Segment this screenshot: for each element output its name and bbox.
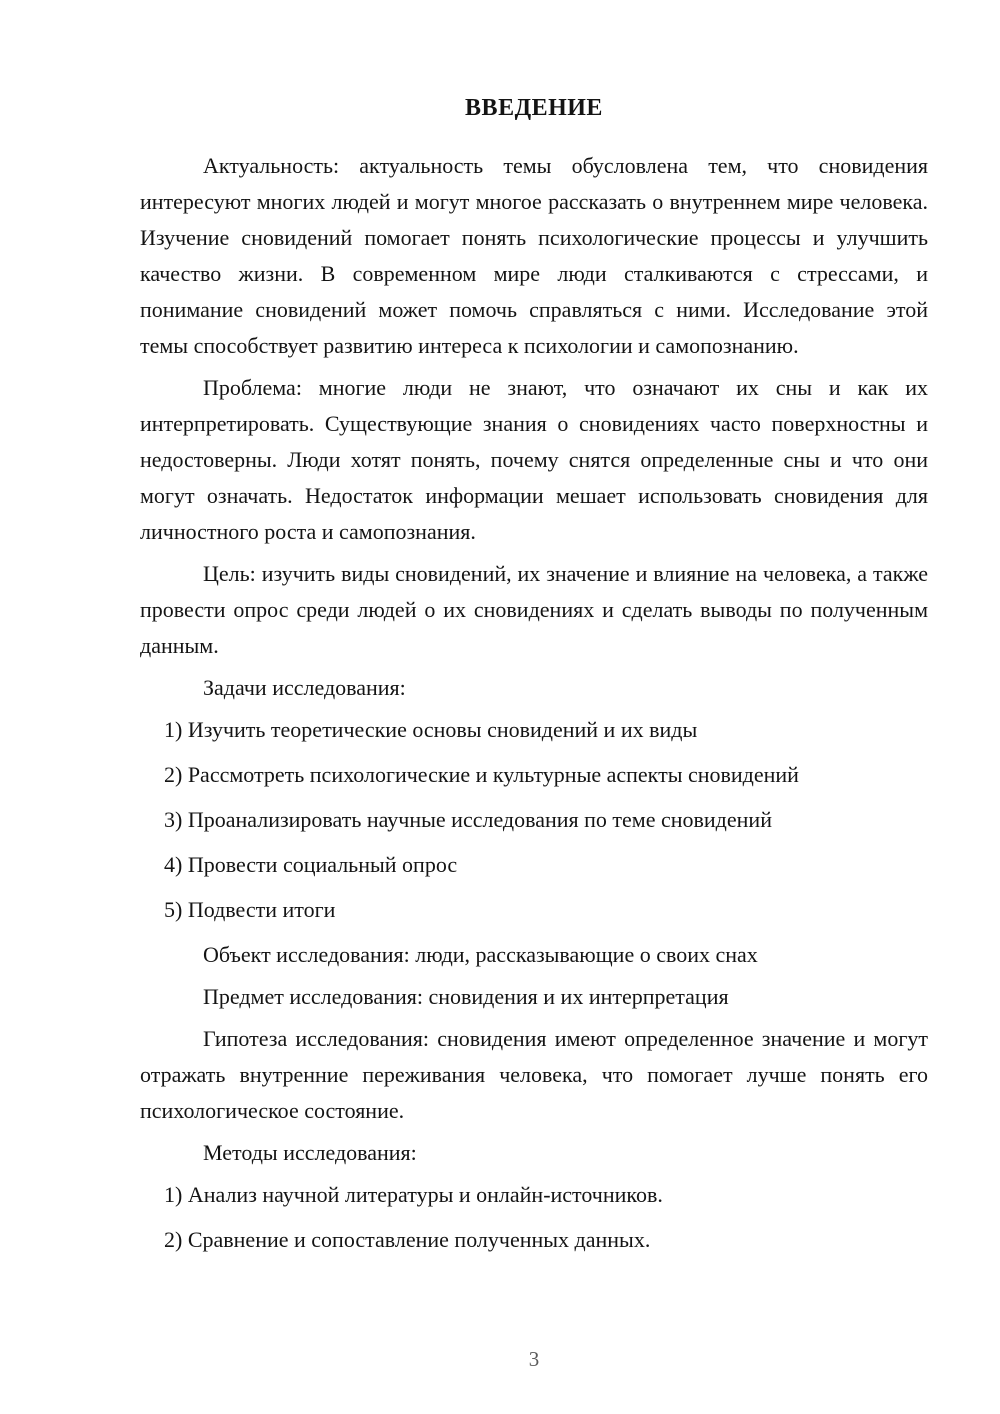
paragraph-object: Объект исследования: люди, рассказывающи… xyxy=(140,937,928,973)
task-item-5: 5) Подвести итоги xyxy=(164,892,928,928)
document-page: ВВЕДЕНИЕ Актуальность: актуальность темы… xyxy=(0,0,1000,1414)
paragraph-hypothesis: Гипотеза исследования: сновидения имеют … xyxy=(140,1021,928,1129)
tasks-heading: Задачи исследования: xyxy=(140,670,928,706)
task-item-3: 3) Проанализировать научные исследования… xyxy=(164,802,928,838)
page-title: ВВЕДЕНИЕ xyxy=(140,94,928,122)
method-item-1: 1) Анализ научной литературы и онлайн-ис… xyxy=(164,1177,928,1213)
task-item-4: 4) Провести социальный опрос xyxy=(164,847,928,883)
methods-heading: Методы исследования: xyxy=(140,1135,928,1171)
paragraph-goal: Цель: изучить виды сновидений, их значен… xyxy=(140,556,928,664)
paragraph-subject: Предмет исследования: сновидения и их ин… xyxy=(140,979,928,1015)
method-item-2: 2) Сравнение и сопоставление полученных … xyxy=(164,1222,928,1258)
task-item-2: 2) Рассмотреть психологические и культур… xyxy=(164,757,928,793)
paragraph-problem: Проблема: многие люди не знают, что озна… xyxy=(140,370,928,550)
task-item-1: 1) Изучить теоретические основы сновиден… xyxy=(164,712,928,748)
page-number: 3 xyxy=(140,1347,928,1372)
paragraph-actuality: Актуальность: актуальность темы обусловл… xyxy=(140,148,928,364)
